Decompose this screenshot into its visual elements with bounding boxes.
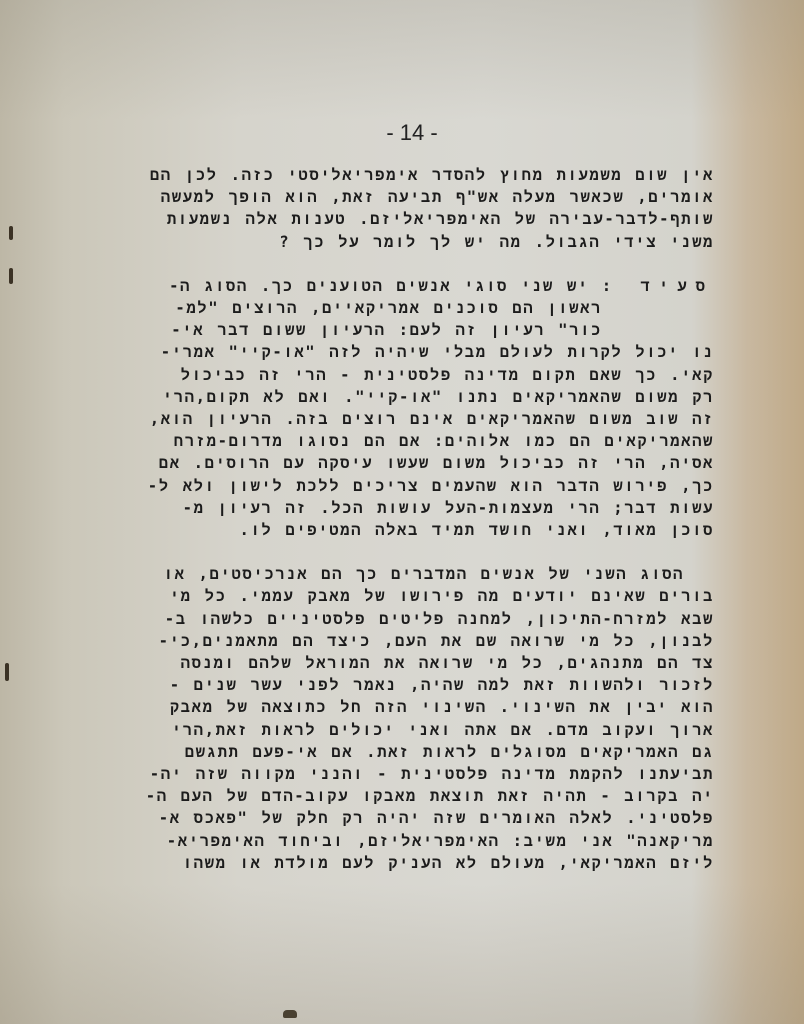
text-line: שהאמריקאים הם כמו אלוהים: אם הם נסוגו מד… — [132, 430, 714, 452]
bottom-ink-mark — [283, 1010, 297, 1018]
text-line: ליזם האמריקאי, מעולם לא העניק לעם מולדת … — [132, 852, 714, 874]
text-line: כור" רעיון זה לעם: הרעיון ששום דבר אי- — [132, 319, 714, 341]
text-line: תביעתנו להקמת מדינה פלסטינית - והנני מקו… — [132, 763, 714, 785]
text-line: אומרים, שכאשר מעלה אש"ף תביעה זאת, הוא ה… — [132, 186, 714, 208]
margin-ink-mark — [9, 226, 13, 240]
document-body: אין שום משמעות מחוץ להסדר אימפריאליסטי כ… — [132, 164, 714, 896]
text-line: נו יכול לקרות לעולם מבלי שיהיה לזה "או-ק… — [132, 341, 714, 363]
text-line: סעיד : יש שני סוגי אנשים הטוענים כך. הסו… — [132, 275, 714, 297]
text-line: סוכן מאוד, ואני חושד תמיד באלה המטיפים ל… — [132, 519, 714, 541]
speaker-label: סעיד : — [602, 277, 714, 295]
margin-ink-mark — [9, 268, 13, 284]
text-line: שבא למזרח-התיכון, למחנה פליטים פלסטיניים… — [132, 608, 714, 630]
text-line: מריקאנה" אני משיב: האימפריאליזם, וביחוד … — [132, 830, 714, 852]
text-line: כך, פירוש הדבר הוא שהעמים צריכים ללכת לי… — [132, 475, 714, 497]
text-line: ארוך ועקוב מדם. אם אתה ואני יכולים לראות… — [132, 719, 714, 741]
text-line: פלסטיני. לאלה האומרים שזה יהיה רק חלק של… — [132, 807, 714, 829]
text-line: אסיה, הרי זה כביכול משום שעשו עיסקה עם ה… — [132, 452, 714, 474]
paragraph-question: אין שום משמעות מחוץ להסדר אימפריאליסטי כ… — [132, 164, 714, 253]
text-line: גם האמריקאים מסוגלים לראות זאת. אם אי-פע… — [132, 741, 714, 763]
text-line: רק משום שהאמריקאים נתנו "או-קיי". ואם לא… — [132, 386, 714, 408]
text-line: אין שום משמעות מחוץ להסדר אימפריאליסטי כ… — [132, 164, 714, 186]
paper-shading-bottom — [0, 884, 804, 1024]
paragraph-second-type: הסוג השני של אנשים המדברים כך הם אנרכיסט… — [132, 563, 714, 874]
paragraph-answer: סעיד : יש שני סוגי אנשים הטוענים כך. הסו… — [132, 275, 714, 541]
text-line: יה בקרוב - תהיה זאת תוצאת מאבקו עקוב-הדם… — [132, 785, 714, 807]
text-line: צד הם מתנהגים, כל מי שרואה את המוראל שלה… — [132, 652, 714, 674]
text-line: שותף-לדבר-עבירה של האימפריאליזם. טענות א… — [132, 208, 714, 230]
text-line: בורים שאינם יודעים מה פירושו של מאבק עממ… — [132, 585, 714, 607]
text-line: משני צידי הגבול. מה יש לך לומר על כך ? — [132, 231, 714, 253]
text-line: עשות דבר; הרי מעצמות-העל עושות הכל. זה ר… — [132, 497, 714, 519]
paper-shading-top — [0, 0, 804, 120]
text-line: לזכור ולהשוות זאת למה שהיה, נאמר לפני עש… — [132, 674, 714, 696]
text-line: זה שוב משום שהאמריקאים אינם רוצים בזה. ה… — [132, 408, 714, 430]
text-line: הוא יבין את השינוי. השינוי הזה חל כתוצאה… — [132, 696, 714, 718]
text-line: קאי. כך שאם תקום מדינה פלסטינית - הרי זה… — [132, 364, 714, 386]
text-line: ראשון הם סוכנים אמריקאיים, הרוצים "למ- — [132, 297, 714, 319]
text-line: לבנון, כל מי שרואה שם את העם, כיצד הם מת… — [132, 630, 714, 652]
text-line: הסוג השני של אנשים המדברים כך הם אנרכיסט… — [132, 563, 714, 585]
page-number: - 14 - — [0, 120, 804, 146]
margin-ink-mark — [5, 663, 9, 681]
